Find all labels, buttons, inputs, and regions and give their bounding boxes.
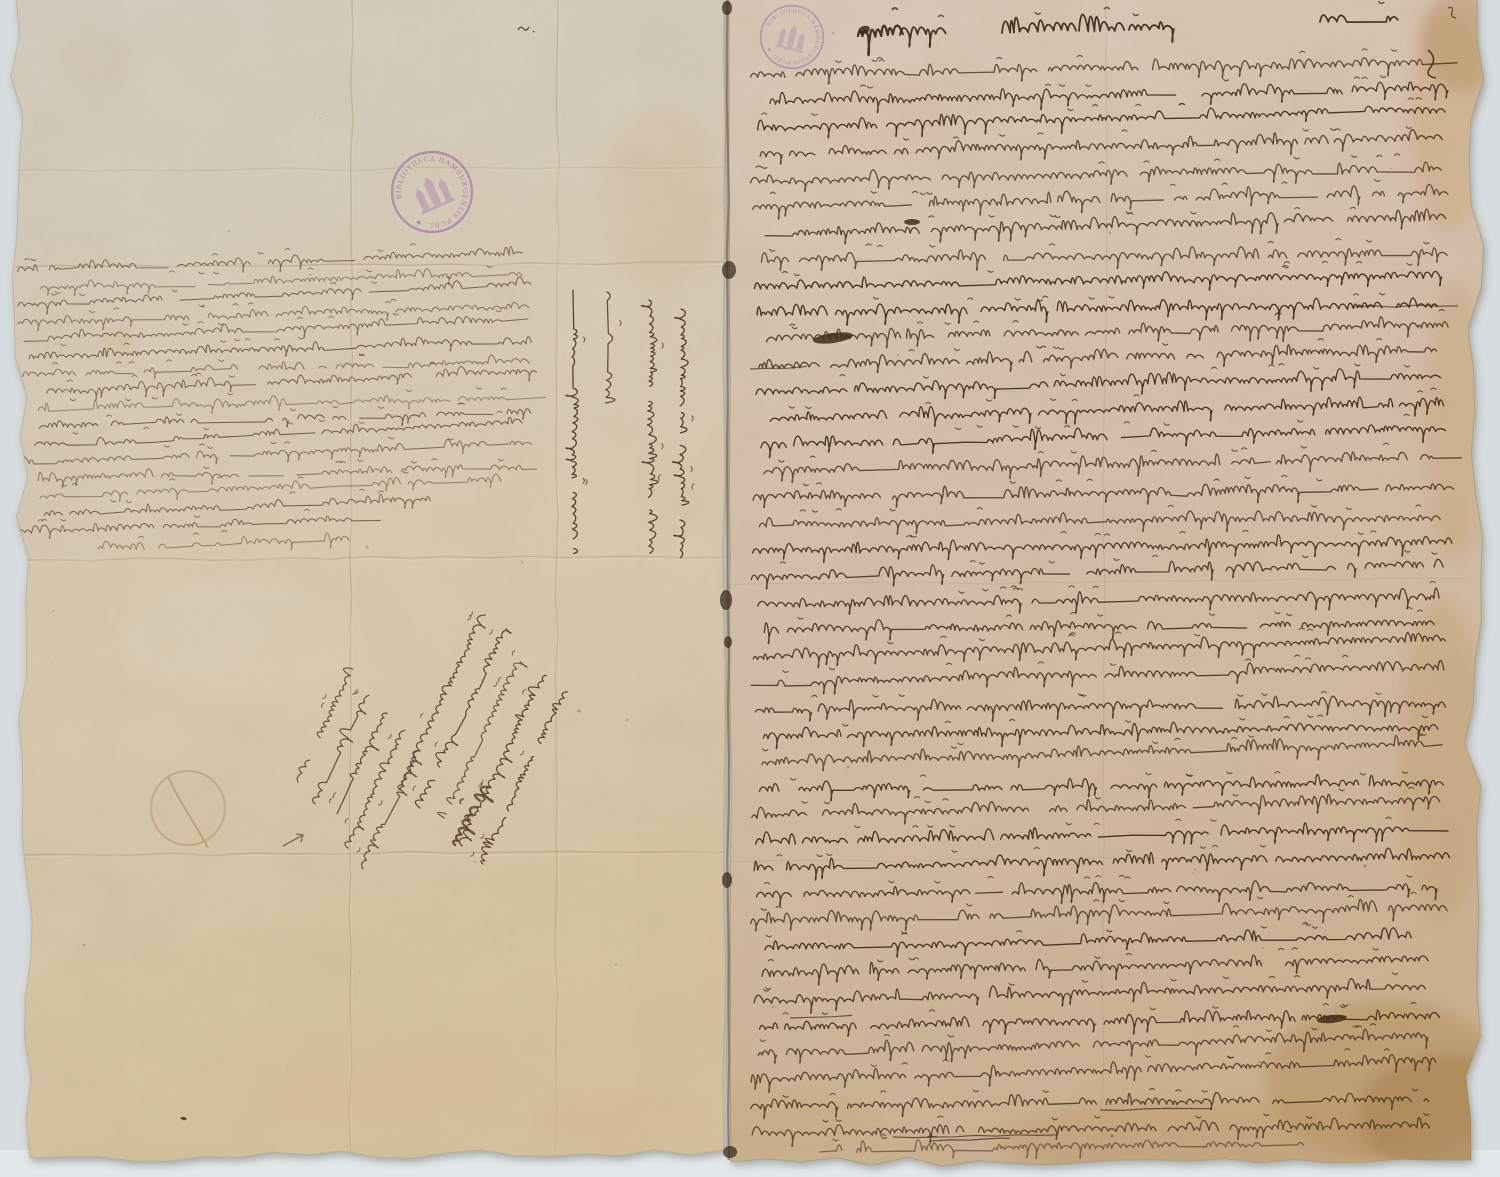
fold-ink-blot — [722, 261, 736, 279]
stain — [55, 34, 135, 86]
fox-spot — [1192, 872, 1193, 873]
ink-blot — [904, 219, 920, 225]
fox-spot — [1339, 400, 1341, 402]
fox-spot — [578, 710, 581, 713]
fox-spot — [1431, 660, 1432, 661]
fox-spot — [52, 610, 54, 612]
fox-spot — [1340, 1112, 1342, 1114]
fox-spot — [47, 657, 49, 659]
fox-spot — [365, 545, 368, 548]
fold-ink-blot — [720, 590, 732, 610]
fox-spot — [521, 561, 523, 563]
fox-spot — [1390, 168, 1392, 170]
fox-spot — [1128, 973, 1130, 975]
stain — [120, 580, 360, 700]
stain — [200, 1030, 520, 1130]
fox-spot — [1258, 1061, 1260, 1063]
fox-spot — [855, 279, 856, 280]
left-sheet: BIBLIOTHECA HAMBURGENSIS PUBL. ★ — [0, 0, 740, 1177]
right-sheet: BIBLIOTHECA HAMBURGENSIS PUBL. ★ — [640, 0, 1500, 1177]
fox-spot — [990, 171, 992, 173]
fox-spot — [847, 766, 850, 769]
fox-spot — [1364, 865, 1367, 868]
fold-ink-blot — [723, 1146, 737, 1158]
fox-spot — [626, 719, 629, 722]
fox-spot — [1232, 898, 1233, 899]
stain — [106, 330, 134, 350]
fox-spot — [287, 1065, 289, 1067]
fox-spot — [1194, 869, 1196, 871]
fox-spot — [301, 385, 302, 386]
left-sheet-aging — [0, 0, 740, 1177]
fox-spot — [83, 944, 86, 947]
fox-spot — [1110, 1134, 1113, 1137]
fox-spot — [897, 354, 899, 356]
fold-ink-blot — [724, 636, 732, 648]
manuscript-photograph: BIBLIOTHECA HAMBURGENSIS PUBL. ★ — [0, 0, 1500, 1177]
fold-ink-blot — [722, 872, 732, 888]
fox-spot — [319, 117, 321, 119]
fox-spot — [1109, 232, 1112, 235]
stain — [530, 1090, 710, 1150]
fox-spot — [1262, 947, 1264, 949]
fold-ink-blot — [722, 1, 732, 15]
stain — [600, 110, 720, 290]
fox-spot — [359, 971, 361, 973]
fox-spot — [228, 230, 231, 233]
manuscript-scan-svg: BIBLIOTHECA HAMBURGENSIS PUBL. ★ — [0, 0, 1500, 1177]
fox-spot — [1177, 955, 1178, 956]
fox-spot — [772, 1006, 775, 1009]
fox-spot — [309, 274, 311, 276]
fox-spot — [615, 964, 617, 966]
fox-spot — [474, 861, 477, 864]
fox-spot — [832, 32, 835, 35]
